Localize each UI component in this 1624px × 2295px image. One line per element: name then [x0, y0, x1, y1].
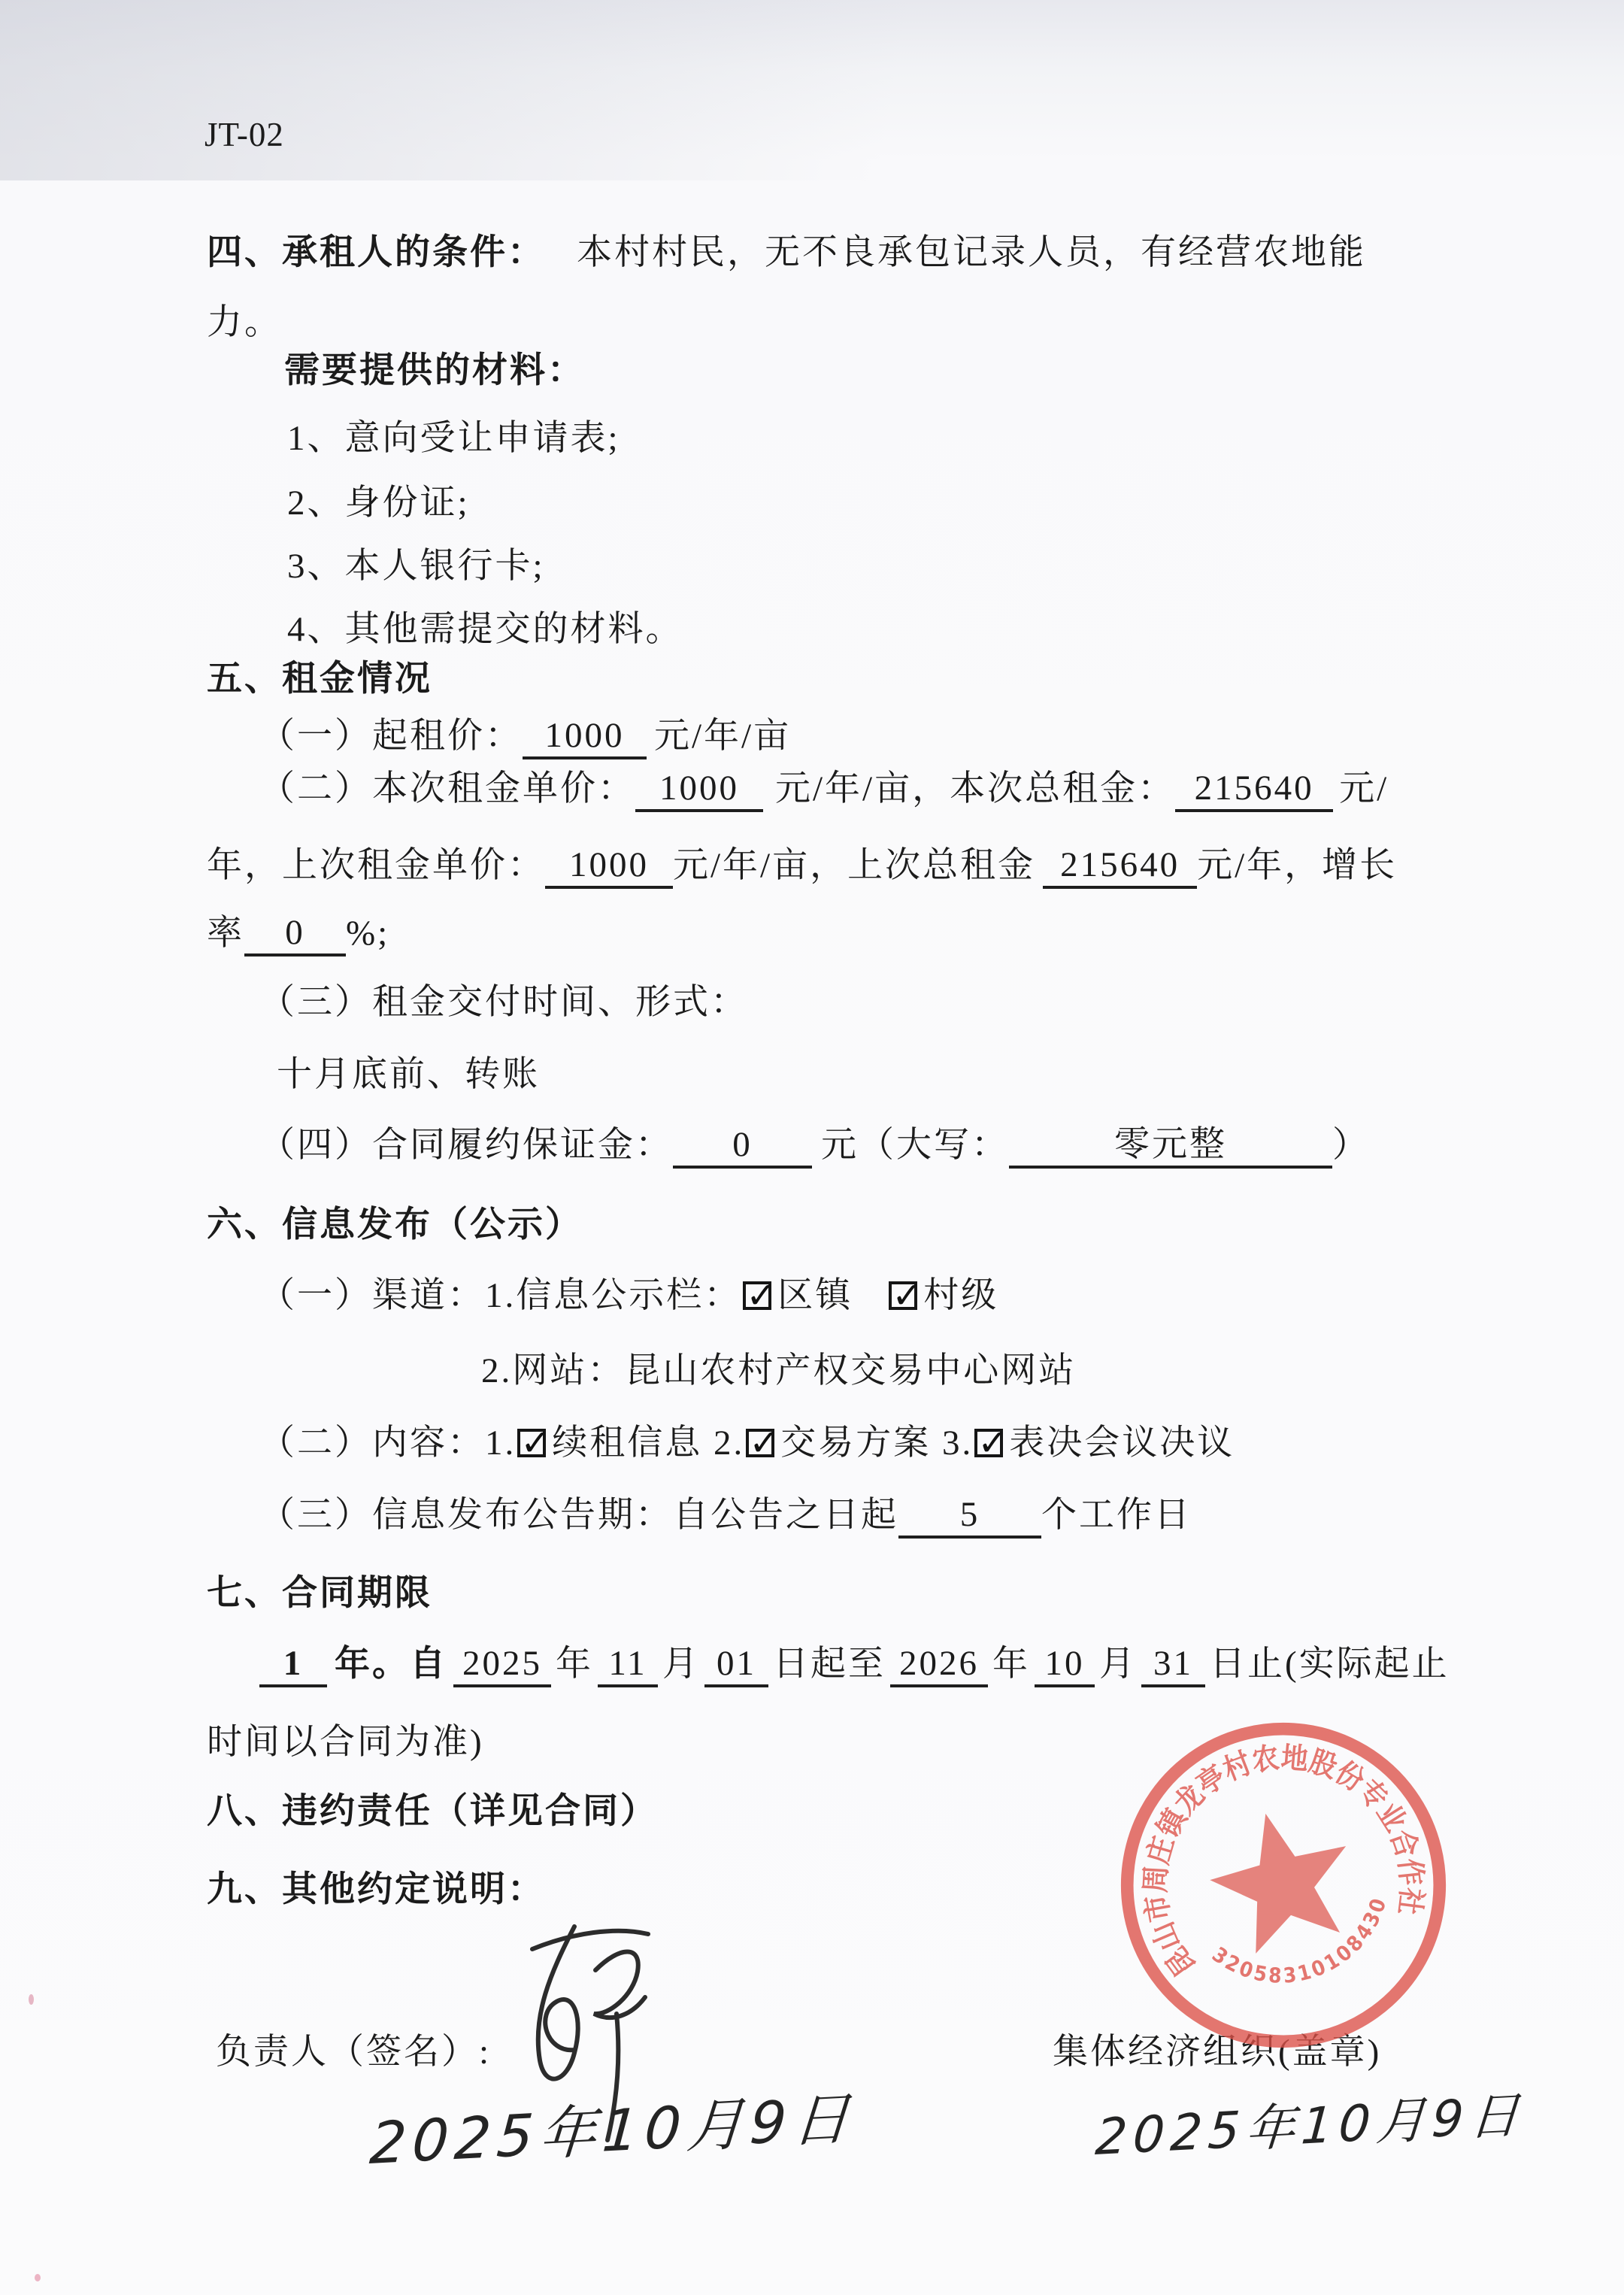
growth-prefix: 率	[207, 914, 244, 953]
previous-total-rent: 215640	[1043, 844, 1197, 889]
section-5-item2-line3: 率0%;	[207, 910, 389, 957]
item2-mid1: 元/年/亩，本次总租金：	[775, 769, 1175, 808]
section-8-heading: 八、违约责任（详见合同）	[207, 1788, 658, 1835]
material-item-2: 2、身份证;	[287, 480, 470, 526]
deposit-mid: 元（大写：	[821, 1126, 1009, 1165]
current-unit-price: 1000	[635, 767, 763, 812]
section-5-item2-line1: （二）本次租金单价：1000元/年/亩，本次总租金：215640元/	[259, 766, 1389, 812]
start-month: 11	[598, 1642, 658, 1687]
deposit-amount-caps: 零元整	[1009, 1123, 1332, 1169]
responsible-person-date: 2025年10月9日	[368, 2095, 857, 2167]
checkbox-vote-resolution-checked-icon: ✓	[974, 1429, 1003, 1457]
term-t3: 月	[662, 1645, 700, 1684]
section-5-item3-label: （三）租金交付时间、形式：	[259, 979, 748, 1026]
section-5-heading: 五、租金情况	[207, 656, 432, 702]
item2-mid2: 元/年/亩，上次总租金	[673, 846, 1035, 885]
content-trade-plan: 交易方案 3.	[780, 1423, 973, 1463]
notice-period-days: 5	[898, 1493, 1041, 1539]
end-year: 2026	[890, 1642, 988, 1687]
section-7-line2: 时间以合同为准)	[207, 1719, 484, 1766]
item1-suffix: 元/年/亩	[654, 717, 791, 756]
term-t5: 年	[992, 1645, 1030, 1684]
notice-period-suffix: 个工作日	[1041, 1496, 1192, 1535]
scan-speck	[35, 2274, 41, 2281]
term-t6: 月	[1099, 1645, 1137, 1684]
section-6-item2: （二）内容：1.✓续租信息 2.✓交易方案 3.✓表决会议决议	[259, 1420, 1235, 1466]
section-6-item1-line2: 2.网站：昆山农村产权交易中心网站	[481, 1348, 1076, 1394]
content-prefix: （二）内容：1.	[259, 1423, 516, 1463]
deposit-prefix: （四）合同履约保证金：	[259, 1126, 673, 1165]
checkbox-village-checked-icon: ✓	[889, 1281, 917, 1310]
start-year: 2025	[453, 1642, 551, 1687]
channels-prefix: （一）渠道：1.信息公示栏：	[259, 1276, 741, 1315]
checkbox-trade-plan-checked-icon: ✓	[746, 1429, 774, 1457]
section-5-item2-line2: 年，上次租金单价：1000元/年/亩，上次总租金215640元/年，增长	[207, 842, 1397, 889]
content-vote-resolution: 表决会议决议	[1009, 1423, 1235, 1463]
section-6-heading: 六、信息发布（公示）	[207, 1202, 583, 1248]
channel-village: 村级	[923, 1276, 998, 1315]
item2-prefix: （二）本次租金单价：	[259, 769, 635, 808]
section-4-body: 本村村民，无不良承包记录人员，有经营农地能	[577, 233, 1366, 272]
section-7-term-line: 1年。自2025年11月01日起至2026年10月31日止(实际起止	[259, 1641, 1450, 1687]
payment-time-value: 十月底前、转账	[277, 1051, 540, 1098]
deposit-amount: 0	[673, 1123, 812, 1169]
term-t2: 年	[556, 1645, 593, 1684]
notice-period-prefix: （三）信息发布公告期：自公告之日起	[259, 1496, 898, 1535]
scanned-document-page: JT-02 四、承租人的条件：本村村民，无不良承包记录人员，有经营农地能 力。 …	[0, 0, 1624, 2295]
deposit-suffix: ）	[1332, 1126, 1370, 1165]
section-4-heading: 四、承租人的条件：	[207, 233, 545, 272]
scan-speck	[29, 1994, 34, 2005]
previous-unit-price: 1000	[545, 844, 673, 889]
term-t1: 年。自	[335, 1645, 447, 1684]
checkbox-renewal-info-checked-icon: ✓	[517, 1429, 546, 1457]
material-item-3: 3、本人银行卡;	[287, 543, 545, 590]
section-6-item3: （三）信息发布公告期：自公告之日起5个工作日	[259, 1492, 1192, 1539]
contract-years: 1	[259, 1642, 327, 1687]
growth-rate-value: 0	[244, 911, 346, 957]
item1-prefix: （一）起租价：	[259, 717, 523, 756]
material-item-4: 4、其他需提交的材料。	[287, 606, 683, 653]
responsible-person-label: 负责人（签名）:	[216, 2029, 491, 2075]
section-5-item4: （四）合同履约保证金：0元（大写：零元整）	[259, 1122, 1370, 1169]
form-code: JT-02	[205, 111, 284, 158]
section-4-line1: 四、承租人的条件：本村村民，无不良承包记录人员，有经营农地能	[207, 229, 1366, 276]
section-6-item1: （一）渠道：1.信息公示栏：✓区镇✓村级	[259, 1272, 998, 1319]
current-total-rent: 215640	[1175, 767, 1333, 812]
start-day: 01	[704, 1642, 768, 1687]
term-t4: 日起至	[773, 1645, 886, 1684]
end-day: 31	[1141, 1642, 1205, 1687]
seal-star-icon	[1198, 1796, 1366, 1960]
start-price-value: 1000	[523, 714, 647, 759]
item2-line2-prefix: 年，上次租金单价：	[207, 846, 545, 885]
checkbox-district-town-checked-icon: ✓	[743, 1281, 771, 1310]
item2-tail1: 元/	[1339, 769, 1389, 808]
item2-tail2: 元/年，增长	[1197, 846, 1397, 885]
growth-suffix: %;	[346, 914, 389, 953]
materials-title: 需要提供的材料：	[284, 347, 585, 394]
end-month: 10	[1035, 1642, 1095, 1687]
channel-district-town: 区镇	[777, 1276, 853, 1315]
material-item-1: 1、意向受让申请表;	[287, 415, 620, 462]
section-4-line2: 力。	[207, 299, 282, 346]
content-renewal-info: 续租信息 2.	[552, 1423, 744, 1463]
section-5-item1: （一）起租价：1000元/年/亩	[259, 713, 791, 759]
section-7-heading: 七、合同期限	[207, 1570, 432, 1617]
